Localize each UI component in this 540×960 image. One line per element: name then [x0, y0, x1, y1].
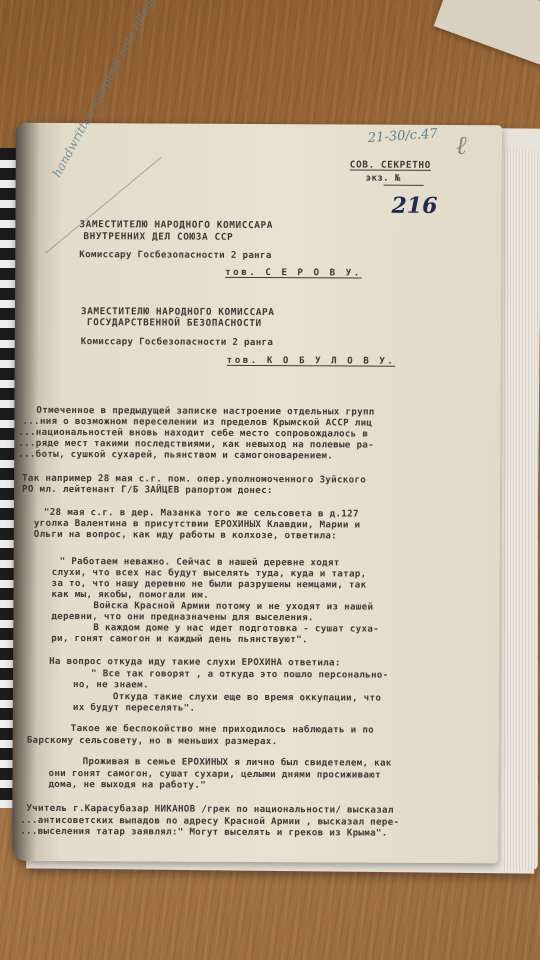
body-line-quote2: деревни, что они предназначены для высел…	[51, 611, 313, 623]
document-page: 21-30/с.47 ℓ handwritten marginal note (…	[12, 123, 502, 864]
sheet-number: 216	[391, 193, 437, 219]
addressee2-name: тов. К О Б У Л О В У.	[227, 355, 396, 367]
body-line-para2: РО мл. лейтенант Г/Б ЗАЙЦЕВ рапортом дон…	[22, 484, 273, 496]
classification-stamp: СОВ. СЕКРЕТНО	[350, 159, 431, 170]
body-line-para5: дома, не выходя на работу."	[48, 779, 206, 791]
body-line-quote1: Ольги на вопрос, как иду работы в колхоз…	[34, 529, 337, 542]
body-line-para3: На вопрос откуда иду такие слухи ЕРОХИНА…	[49, 656, 341, 669]
body-line-para4: Такое же беспокойство мне приходилось на…	[71, 723, 374, 736]
handwritten-mark: ℓ	[456, 131, 467, 161]
background-paper-corner	[434, 0, 540, 70]
copy-number-label: экз. №	[366, 173, 401, 184]
body-line-para3: их будут переселять".	[73, 702, 196, 714]
addressee2-rank: Комиссару Госбезопасности 2 ранга	[81, 336, 273, 348]
body-line-quote2: как мы, якобы, помогали им.	[51, 589, 209, 601]
body-line-para3: " Все так говорят , а откуда это пошло п…	[91, 668, 388, 681]
addressee1-title-line2: ВНУТРЕННИХ ДЕЛ СОЮЗА ССР	[83, 231, 233, 243]
handwritten-archive-number: 21-30/с.47	[367, 127, 438, 146]
body-line-quote2: ри, гонят самогон и каждый день пьянству…	[51, 633, 308, 645]
body-line-para3: Откуда такие слухи еще во время оккупаци…	[113, 691, 381, 703]
body-line-para5: Проживая в семье ЕРОХИНЫХ я лично был св…	[83, 756, 392, 769]
addressee1-name: тов. С Е Р О В У.	[225, 267, 362, 279]
body-line-para6: ...выселения татар заявлял:" Могут высел…	[20, 826, 387, 839]
addressee2-title-line2: ГОСУДАРСТВЕННОЙ БЕЗОПАСНОСТИ	[87, 317, 262, 329]
page-stack-edge	[502, 150, 538, 870]
body-line-para4: Барскому сельсовету, но в меньших размер…	[27, 735, 278, 747]
addressee1-title-line1: ЗАМЕСТИТЕЛЮ НАРОДНОГО КОМИССАРА	[79, 219, 273, 231]
margin-handwritten-note: handwritten marginal note (illegible)	[50, 0, 169, 180]
body-line-para3: но, не знаем.	[73, 679, 149, 690]
body-line-para1: ...боты, сушкой сухарей, пьянством и сам…	[18, 449, 333, 462]
addressee1-rank: Комиссару Госбезопасности 2 ранга	[79, 249, 271, 261]
copy-number-blank	[384, 185, 424, 186]
